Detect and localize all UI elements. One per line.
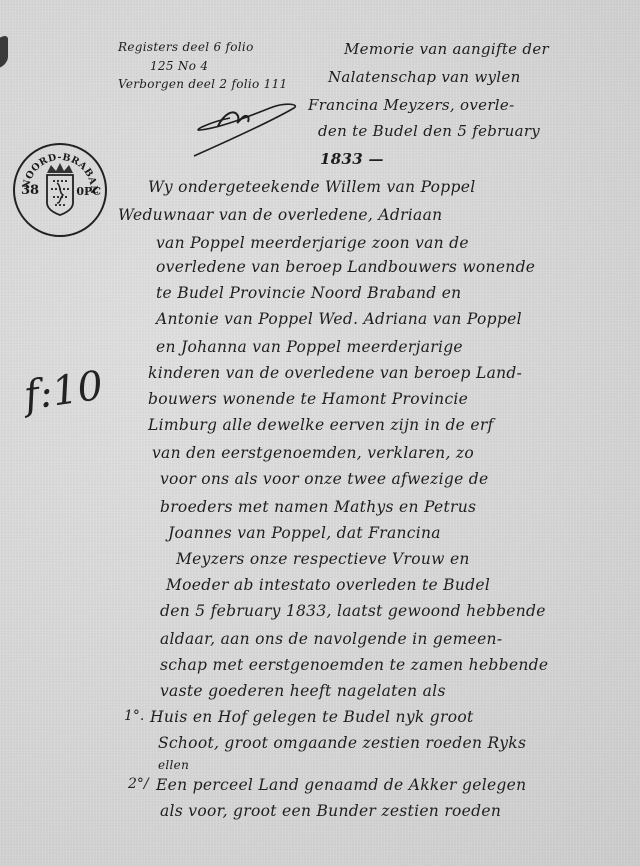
body-line-14: Joannes van Poppel, dat Francina [168,524,441,542]
body-line-6: Antonie van Poppel Wed. Adriana van Popp… [156,310,522,328]
body-line-8: kinderen van de overledene van beroep La… [148,364,522,382]
body-line-25: als voor, groot een Bunder zestien roede… [160,802,501,820]
item-numeral-1: 1°. [124,708,144,724]
body-line-19: schap met eerstgenoemden te zamen hebben… [160,656,548,674]
body-line-18: aldaar, aan ons de navolgende in gemeen- [160,630,502,648]
body-line-1: Wy ondergeteekende Willem van Poppel [148,178,475,196]
body-line-4: overledene van beroep Landbouwers wonend… [156,258,535,276]
body-line-22: Schoot, groot omgaande zestien roeden Ry… [158,734,526,752]
tax-stamp: NOORD-BRABAND 38 0PC [13,143,107,237]
body-line-13: broeders met namen Mathys en Petrus [160,498,476,516]
reference-line-2: 125 No 4 [150,59,208,74]
item-numeral-2: 2°/ [128,776,149,792]
body-line-3: van Poppel meerderjarige zoon van de [156,234,469,252]
body-line-12: voor ons als voor onze twee afwezige de [160,470,489,488]
title-line-1: Memorie van aangifte der [344,40,549,58]
body-line-10: Limburg alle dewelke eerven zijn in de e… [148,416,494,434]
title-line-3: Francina Meyzers, overle- [308,96,514,114]
body-line-7: en Johanna van Poppel meerderjarige [156,338,463,356]
reference-line-1: Registers deel 6 folio [118,40,254,55]
signature-flourish [190,100,300,160]
body-line-23: ellen [158,758,189,772]
body-line-2: Weduwnaar van de overledene, Adriaan [118,206,442,224]
title-line-4: den te Budel den 5 february [318,122,540,140]
body-line-16: Moeder ab intestato overleden te Budel [166,576,490,594]
body-line-20: vaste goederen heeft nagelaten als [160,682,446,700]
body-line-11: van den eerstgenoemden, verklaren, zo [152,444,474,462]
body-line-24: Een perceel Land genaamd de Akker gelege… [156,776,526,794]
body-line-9: bouwers wonende te Hamont Provincie [148,390,468,408]
reference-line-3: Verborgen deel 2 folio 111 [118,77,287,92]
stamp-value-right: 0PC [76,185,101,198]
stamp-value-left: 38 [21,183,39,198]
title-line-2: Nalatenschap van wylen [328,68,521,86]
body-line-17: den 5 february 1833, laatst gewoond hebb… [160,602,546,620]
body-line-5: te Budel Provincie Noord Braband en [156,284,461,302]
title-line-5: 1833 — [320,150,384,168]
body-line-21: Huis en Hof gelegen te Budel nyk groot [150,708,474,726]
body-line-15: Meyzers onze respectieve Vrouw en [176,550,470,568]
